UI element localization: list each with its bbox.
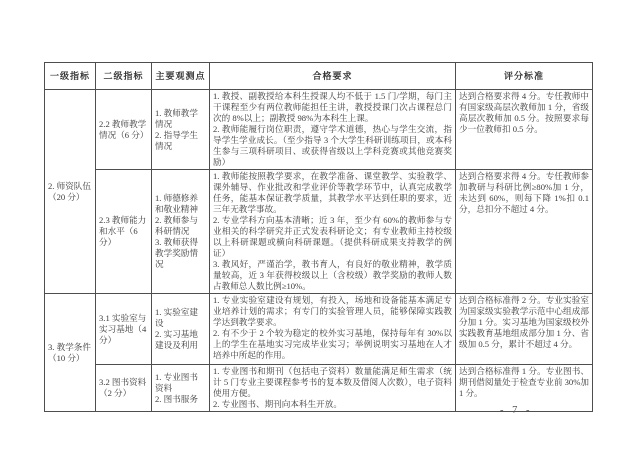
scoring-text: 达到合格标准得 2 分。专业实验室为国家级实验教学示范中心组成部分加 1 分。实… <box>459 295 589 350</box>
scoring-text: 达到合格标准得 1 分。专业图书、期刊借阅量处于检查专业前 30%加 1 分。 <box>459 366 589 399</box>
level2-cell: 3.2 图书资料（2 分） <box>96 365 152 412</box>
requirement-item: 1. 专业图书和期刊（包括电子资料）数量能满足师生需求（统计 5 门专业主要课程… <box>213 366 452 399</box>
column-header-requirements: 合格要求 <box>210 63 456 90</box>
page-number: - 7 - <box>500 405 533 416</box>
header-row: 一级指标 二级指标 主要观测点 合格要求 评分标准 <box>45 63 593 90</box>
level1-cell-conditions: 3. 教学条件（10 分） <box>45 294 96 412</box>
column-header-scoring: 评分标准 <box>456 63 593 90</box>
level2-cell: 2.3 教师能力和水平（6 分） <box>96 170 152 294</box>
table-row: 2. 师资队伍（20 分） 2.2 教师教学情况（6 分） 1. 教师教学情况 … <box>45 90 593 170</box>
column-header-observations: 主要观测点 <box>152 63 210 90</box>
scoring-text: 达到合格要求得 4 分。专任教师参加教研与科研比例≥80%加 1 分，未达到 6… <box>459 171 589 215</box>
level2-cell: 3.1 实验室与实习基地（4 分） <box>96 294 152 365</box>
scoring-text: 达到合格要求得 4 分。专任教师中有国家级高层次教师加 1 分，省级高层次教师加… <box>459 91 589 135</box>
column-header-level2: 二级指标 <box>96 63 152 90</box>
observation-item: 2. 教师参与科研情况 <box>155 215 206 237</box>
evaluation-table: 一级指标 二级指标 主要观测点 合格要求 评分标准 2. 师资队伍（20 分） … <box>44 62 593 412</box>
observation-item: 2. 图书服务 <box>155 394 206 405</box>
level1-cell-faculty: 2. 师资队伍（20 分） <box>45 90 96 294</box>
observation-item: 1. 师德修养和敬业精神 <box>155 193 206 215</box>
observation-item: 1. 专业图书资料 <box>155 372 206 394</box>
requirement-item: 1. 教授、副教授给本科生授课人均不低于 1.5 门/学期，每门主干课程至少有两… <box>213 91 452 124</box>
observation-item: 1. 教师教学情况 <box>155 108 206 130</box>
observation-item: 3. 教师获得教学奖励情况 <box>155 237 206 270</box>
table-row: 3. 教学条件（10 分） 3.1 实验室与实习基地（4 分） 1. 实验室建设… <box>45 294 593 365</box>
requirement-item: 2. 专业图书、期刊向本科生开放。 <box>213 399 452 410</box>
requirements-cell: 1. 专业实验室建设有规划，有投入，场地和设备能基本满足专业培养计划的需求；有专… <box>210 294 456 365</box>
requirement-item: 2. 专业学科方向基本清晰；近 3 年，至少有 60%的教师参与专业相关的科学研… <box>213 215 452 259</box>
observations-cell: 1. 师德修养和敬业精神 2. 教师参与科研情况 3. 教师获得教学奖励情况 <box>152 170 210 294</box>
observations-cell: 1. 教师教学情况 2. 指导学生情况 <box>152 90 210 170</box>
observation-item: 2. 实习基地建设及利用 <box>155 329 206 351</box>
observation-item: 2. 指导学生情况 <box>155 130 206 152</box>
requirement-item: 1. 专业实验室建设有规划，有投入，场地和设备能基本满足专业培养计划的需求；有专… <box>213 295 452 328</box>
observations-cell: 1. 专业图书资料 2. 图书服务 <box>152 365 210 412</box>
requirement-item: 2. 有不少于 2 个较为稳定的校外实习基地，保持每年有 30%以上的学生在基地… <box>213 328 452 361</box>
requirements-cell: 1. 专业图书和期刊（包括电子资料）数量能满足师生需求（统计 5 门专业主要课程… <box>210 365 456 412</box>
column-header-level1: 一级指标 <box>45 63 96 90</box>
scoring-cell: 达到合格要求得 4 分。专任教师中有国家级高层次教师加 1 分，省级高层次教师加… <box>456 90 593 170</box>
requirement-item: 2. 教师能履行岗位职责，遵守学术道德，热心与学生交流，指导学生学业成长。（至少… <box>213 124 452 168</box>
scoring-cell: 达到合格标准得 2 分。专业实验室为国家级实验教学示范中心组成部分加 1 分。实… <box>456 294 593 365</box>
observations-cell: 1. 实验室建设 2. 实习基地建设及利用 <box>152 294 210 365</box>
requirement-item: 1. 教师能按照教学要求，在教学准备、课堂教学、实验教学、课外辅导、作业批改和学… <box>213 171 452 215</box>
scoring-cell: 达到合格要求得 4 分。专任教师参加教研与科研比例≥80%加 1 分，未达到 6… <box>456 170 593 294</box>
requirements-cell: 1. 教授、副教授给本科生授课人均不低于 1.5 门/学期，每门主干课程至少有两… <box>210 90 456 170</box>
level2-cell: 2.2 教师教学情况（6 分） <box>96 90 152 170</box>
requirements-cell: 1. 教师能按照教学要求，在教学准备、课堂教学、实验教学、课外辅导、作业批改和学… <box>210 170 456 294</box>
observation-item: 1. 实验室建设 <box>155 307 206 329</box>
table-row: 2.3 教师能力和水平（6 分） 1. 师德修养和敬业精神 2. 教师参与科研情… <box>45 170 593 294</box>
document-page: 一级指标 二级指标 主要观测点 合格要求 评分标准 2. 师资队伍（20 分） … <box>0 0 639 452</box>
requirement-item: 3. 教风好，严谨治学，教书育人，有良好的敬业精神，教学质量较高，近 3 年获得… <box>213 259 452 292</box>
